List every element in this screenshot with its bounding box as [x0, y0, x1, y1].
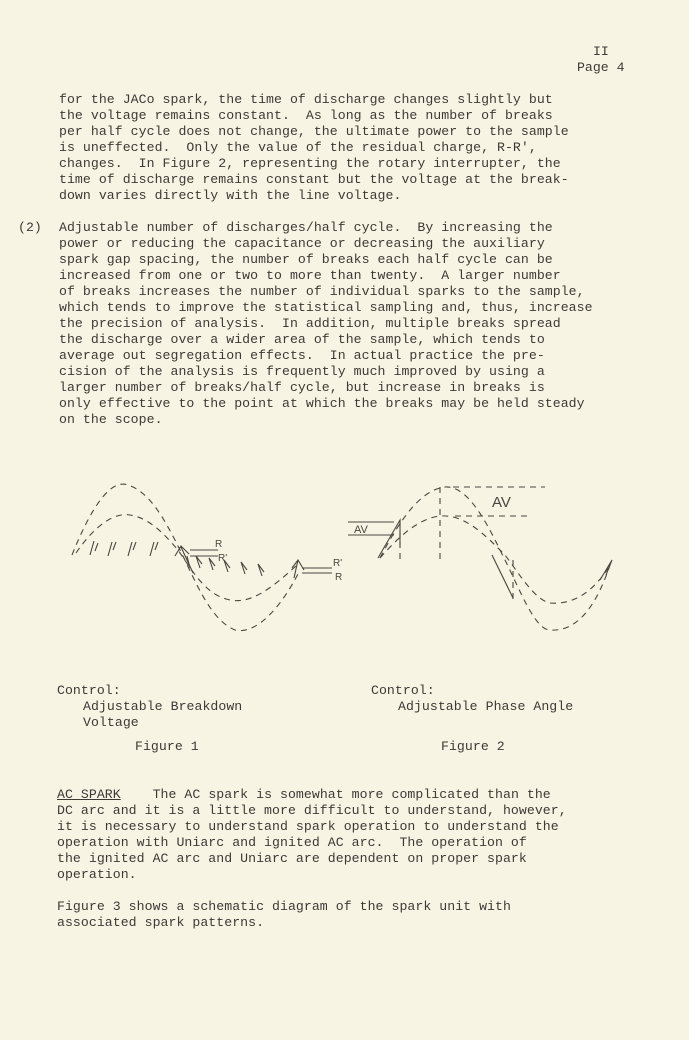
label-av-right: AV [492, 494, 511, 511]
text-line: operation. [57, 867, 137, 883]
figure-2-control-label: Control: [371, 683, 435, 699]
text-line: DC arc and it is a little more difficult… [57, 803, 567, 819]
section-heading: AC SPARK [57, 787, 121, 802]
figure-1-control-line: Adjustable Breakdown [83, 699, 242, 715]
text-line: operation with Uniarc and ignited AC arc… [57, 835, 527, 851]
figure-2-caption: Figure 2 [441, 739, 505, 755]
text-line: it is necessary to understand spark oper… [57, 819, 559, 835]
text-line-rest: The AC spark is somewhat more complicate… [121, 787, 551, 802]
text-line: AC SPARK The AC spark is somewhat more c… [57, 787, 551, 803]
text-line: associated spark patterns. [57, 915, 264, 931]
text-line: the ignited AC arc and Uniarc are depend… [57, 851, 527, 867]
figure-1-control-label: Control: [57, 683, 121, 699]
label-av-left: AV [354, 524, 369, 536]
figure-1-control-line: Voltage [83, 715, 139, 731]
figure-1-caption: Figure 1 [135, 739, 199, 755]
figure-2-waveform: AV AV [0, 0, 689, 1040]
figure-2-control-line: Adjustable Phase Angle [398, 699, 573, 715]
text-line: Figure 3 shows a schematic diagram of th… [57, 899, 511, 915]
